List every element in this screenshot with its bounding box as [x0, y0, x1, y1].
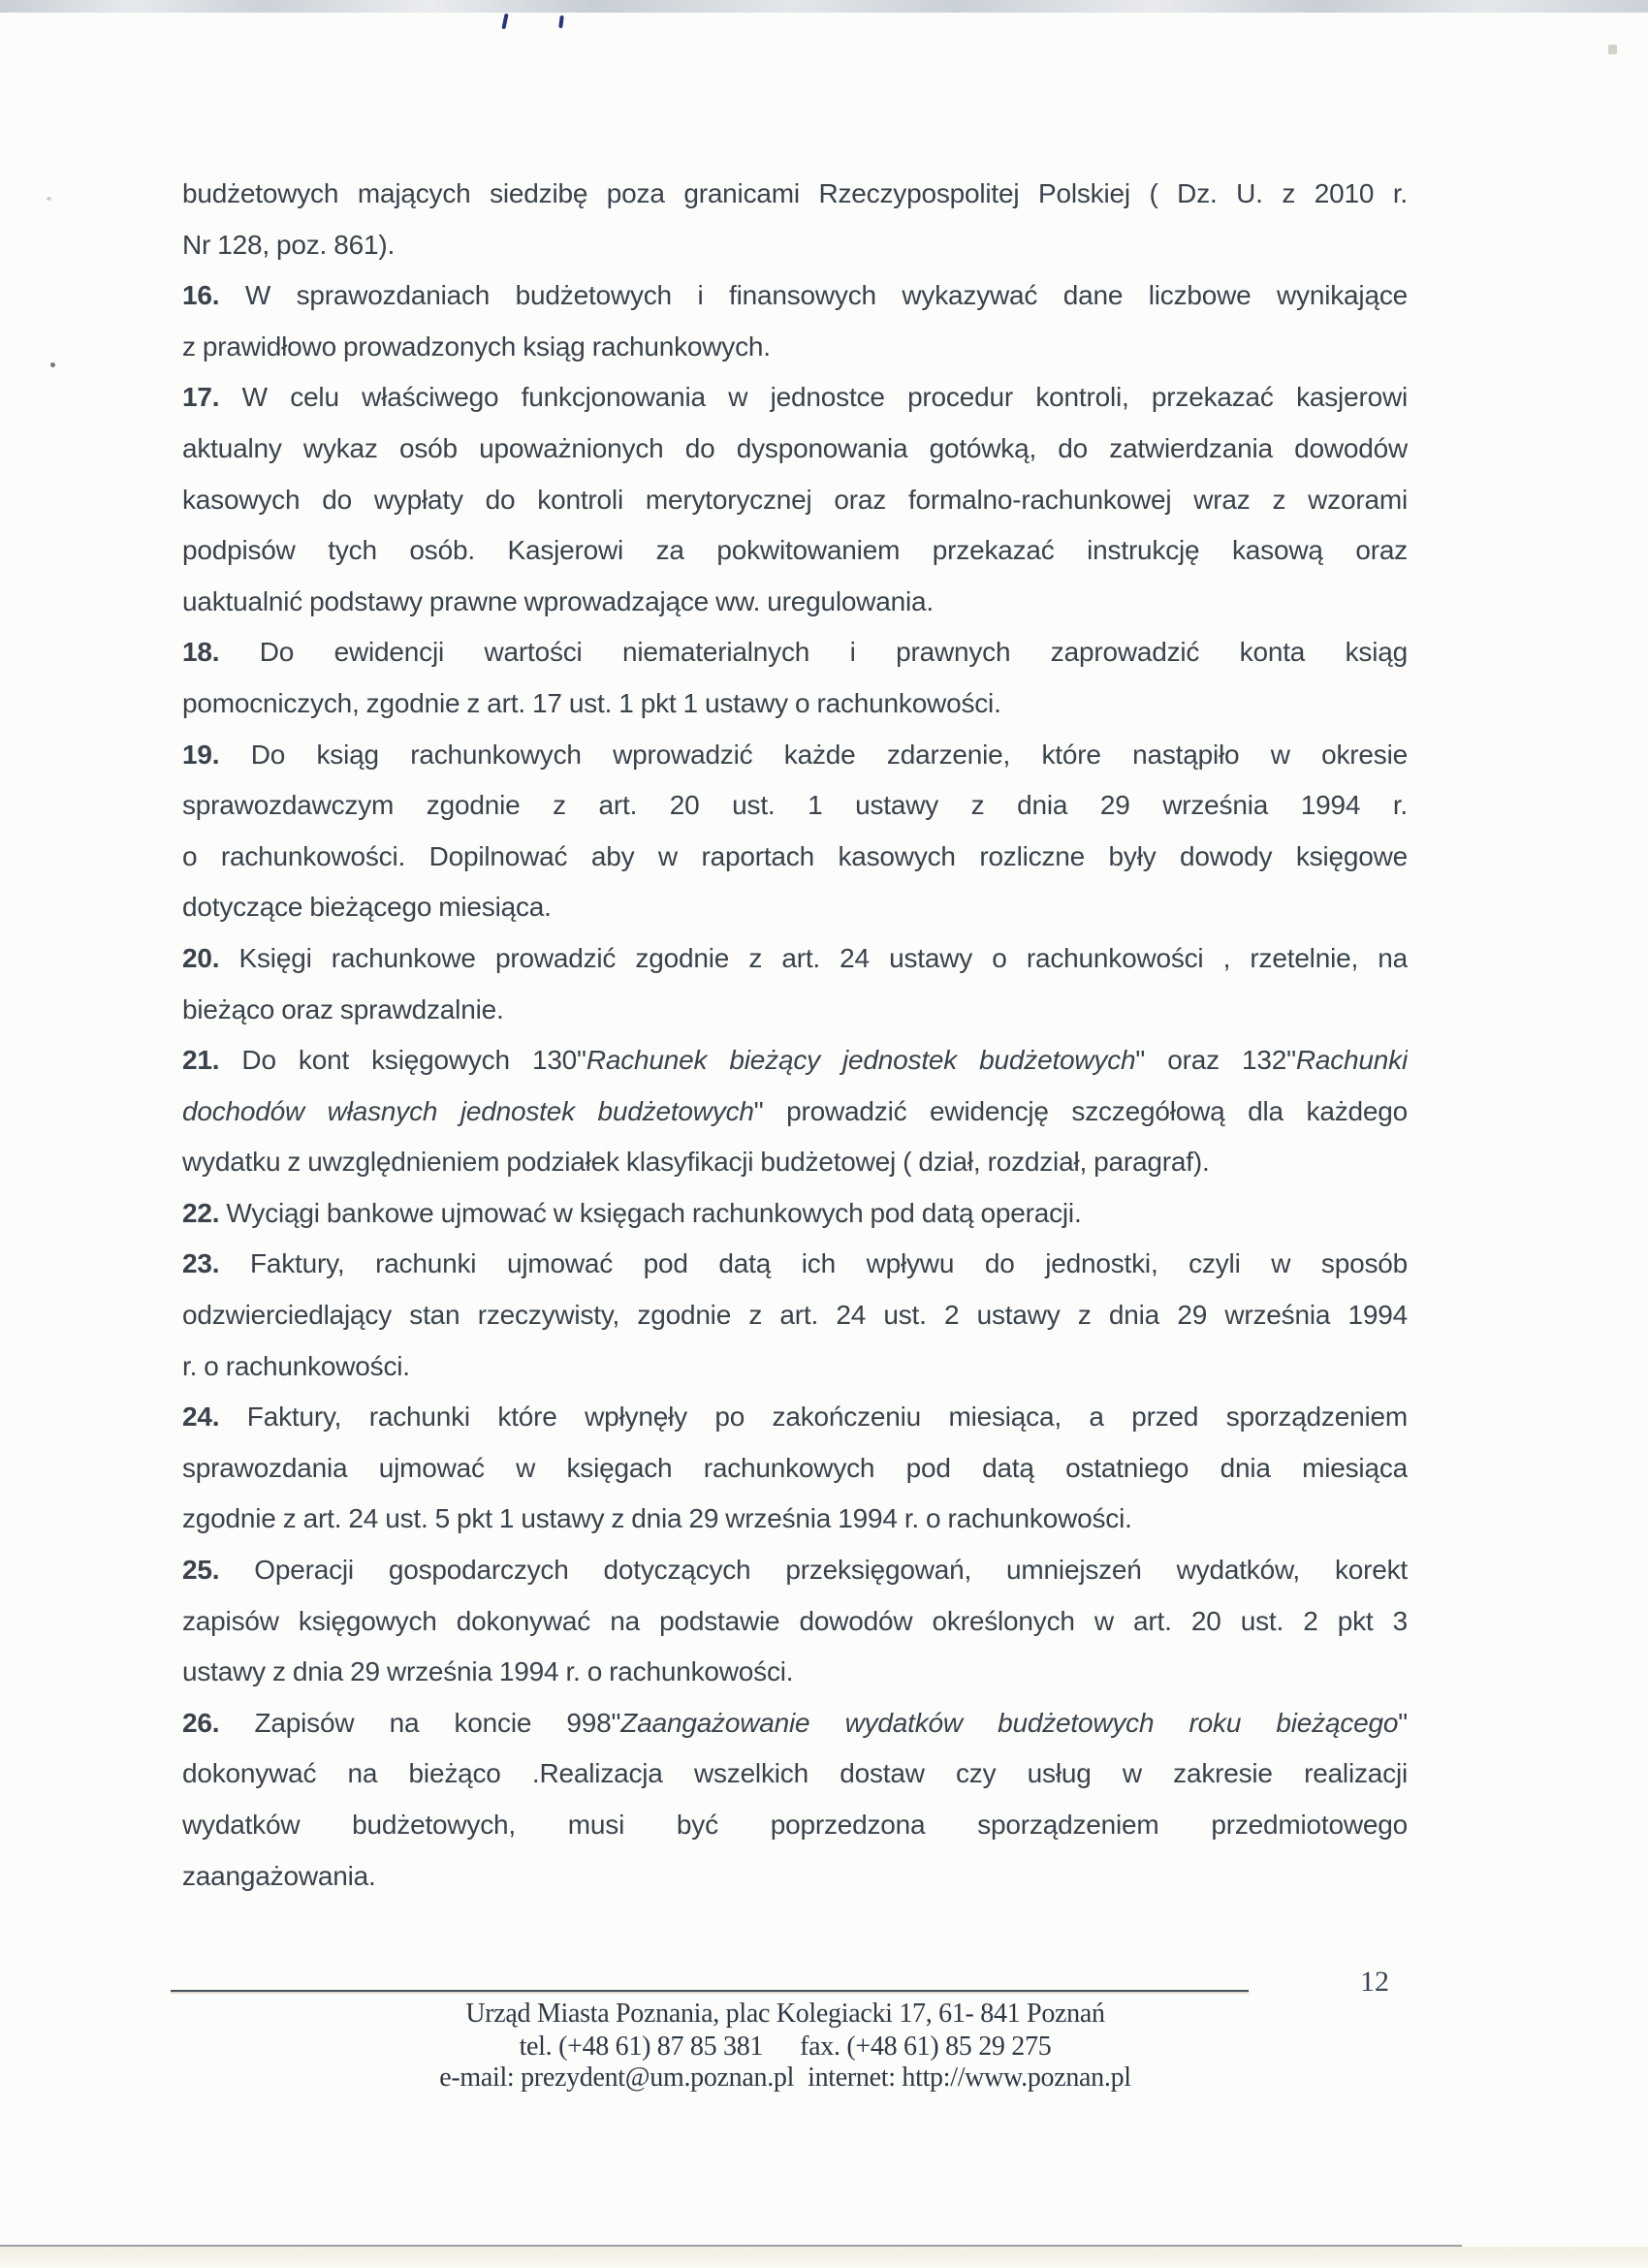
- text-line: zaangażowania.: [182, 1851, 1408, 1903]
- text-segment: o rachunkowości. Dopilnować aby w raport…: [182, 841, 1408, 871]
- item-number: 20.: [182, 943, 219, 973]
- text-segment: wydatku z uwzględnieniem podziałek klasy…: [182, 1147, 1210, 1177]
- item-number: 16.: [182, 280, 219, 310]
- text-segment: zapisów księgowych dokonywać na podstawi…: [182, 1606, 1408, 1636]
- item-number: 25.: [182, 1555, 219, 1585]
- text-segment: Faktury, rachunki ujmować pod datą ich w…: [219, 1248, 1408, 1278]
- text-line: 26. Zapisów na koncie 998"Zaangażowanie …: [182, 1698, 1408, 1749]
- text-segment: Księgi rachunkowe prowadzić zgodnie z ar…: [219, 943, 1408, 973]
- text-segment: Zapisów na koncie 998": [219, 1708, 620, 1738]
- text-line: 23. Faktury, rachunki ujmować pod datą i…: [182, 1239, 1408, 1290]
- text-line: wydatku z uwzględnieniem podziałek klasy…: [182, 1137, 1408, 1188]
- scan-speck: [50, 362, 55, 367]
- footer-tel: tel. (+48 61) 87 85 381: [520, 2032, 764, 2062]
- text-segment: zaangażowania.: [182, 1861, 376, 1891]
- item-number: 19.: [182, 740, 219, 770]
- text-segment: zgodnie z art. 24 ust. 5 pkt 1 ustawy z …: [182, 1503, 1132, 1533]
- text-segment: budżetowych mających siedzibę poza grani…: [182, 178, 1408, 208]
- text-line: 17. W celu właściwego funkcjonowania w j…: [182, 372, 1408, 424]
- text-segment: kasowych do wypłaty do kontroli merytory…: [182, 485, 1408, 515]
- item-number: 18.: [182, 637, 219, 667]
- item-number: 23.: [182, 1248, 219, 1278]
- account-name-italic: dochodów własnych jednostek budżetowych: [182, 1096, 754, 1126]
- text-segment: dotyczące bieżącego miesiąca.: [182, 892, 552, 922]
- page-number: 12: [1360, 1966, 1389, 1999]
- text-segment: bieżąco oraz sprawdzalnie.: [182, 994, 504, 1024]
- footer-divider: [171, 1990, 1249, 1992]
- text-line: 21. Do kont księgowych 130"Rachunek bież…: [182, 1035, 1408, 1087]
- text-line: Nr 128, poz. 861).: [182, 220, 1408, 271]
- footer-fax: fax. (+48 61) 85 29 275: [800, 2032, 1051, 2062]
- text-line: 25. Operacji gospodarczych dotyczących p…: [182, 1545, 1408, 1596]
- item-number: 22.: [182, 1198, 219, 1228]
- text-line: 16. W sprawozdaniach budżetowych i finan…: [182, 270, 1408, 322]
- scan-speck: [1608, 45, 1617, 54]
- document-lines: budżetowych mających siedzibę poza grani…: [182, 169, 1408, 1902]
- text-line: dotyczące bieżącego miesiąca.: [182, 882, 1408, 933]
- text-segment: Do ewidencji wartości niematerialnych i …: [219, 637, 1408, 667]
- footer-email: e-mail: prezydent@um.poznan.pl: [439, 2063, 794, 2093]
- item-number: 26.: [182, 1708, 219, 1738]
- text-segment: W sprawozdaniach budżetowych i finansowy…: [219, 280, 1408, 310]
- text-segment: ": [1398, 1708, 1408, 1738]
- footer: Urząd Miasta Poznania, plac Kolegiacki 1…: [171, 1997, 1400, 2094]
- text-line: sprawozdania ujmować w księgach rachunko…: [182, 1443, 1408, 1495]
- text-line: dochodów własnych jednostek budżetowych"…: [182, 1087, 1408, 1138]
- scan-artifact-top-edge: [0, 0, 1648, 13]
- scan-artifact-bottom-band: [0, 2247, 1648, 2268]
- account-name-italic: Rachunki: [1296, 1045, 1408, 1075]
- pen-tick-mark: [501, 14, 508, 29]
- text-line: sprawozdawczym zgodnie z art. 20 ust. 1 …: [182, 780, 1408, 832]
- text-segment: Do ksiąg rachunkowych wprowadzić każde z…: [219, 740, 1408, 770]
- text-segment: Operacji gospodarczych dotyczących przek…: [219, 1555, 1408, 1585]
- text-segment: Faktury, rachunki które wpłynęły po zako…: [219, 1402, 1408, 1432]
- text-line: dokonywać na bieżąco .Realizacja wszelki…: [182, 1748, 1408, 1800]
- text-segment: sprawozdawczym zgodnie z art. 20 ust. 1 …: [182, 790, 1408, 820]
- text-line: pomocniczych, zgodnie z art. 17 ust. 1 p…: [182, 678, 1408, 730]
- text-line: z prawidłowo prowadzonych ksiąg rachunko…: [182, 322, 1408, 373]
- text-line: 19. Do ksiąg rachunkowych wprowadzić każ…: [182, 730, 1408, 781]
- item-number: 17.: [182, 382, 219, 412]
- document-page: budżetowych mających siedzibę poza grani…: [0, 0, 1648, 2268]
- text-line: kasowych do wypłaty do kontroli merytory…: [182, 475, 1408, 526]
- footer-phone-fax: tel. (+48 61) 87 85 381fax. (+48 61) 85 …: [171, 2032, 1400, 2063]
- text-segment: odzwierciedlający stan rzeczywisty, zgod…: [182, 1300, 1408, 1330]
- text-segment: podpisów tych osób. Kasjerowi za pokwito…: [182, 535, 1408, 565]
- text-line: 22. Wyciągi bankowe ujmować w księgach r…: [182, 1188, 1408, 1240]
- item-number: 24.: [182, 1402, 219, 1432]
- text-segment: Nr 128, poz. 861).: [182, 230, 395, 260]
- text-line: ustawy z dnia 29 września 1994 r. o rach…: [182, 1647, 1408, 1698]
- account-name-italic: Zaangażowanie wydatków budżetowych roku …: [620, 1708, 1398, 1738]
- text-segment: ustawy z dnia 29 września 1994 r. o rach…: [182, 1656, 793, 1686]
- text-segment: " prowadzić ewidencję szczegółową dla ka…: [754, 1096, 1408, 1126]
- item-number: 21.: [182, 1045, 219, 1075]
- account-name-italic: Rachunek bieżący jednostek budżetowych: [586, 1045, 1136, 1075]
- text-segment: pomocniczych, zgodnie z art. 17 ust. 1 p…: [182, 688, 1001, 718]
- text-segment: dokonywać na bieżąco .Realizacja wszelki…: [182, 1758, 1408, 1788]
- text-segment: wydatków budżetowych, musi być poprzedzo…: [182, 1810, 1408, 1840]
- text-line: aktualny wykaz osób upoważnionych do dys…: [182, 424, 1408, 475]
- text-segment: aktualny wykaz osób upoważnionych do dys…: [182, 433, 1408, 463]
- text-segment: r. o rachunkowości.: [182, 1351, 410, 1381]
- scan-speck: [47, 197, 51, 201]
- text-line: bieżąco oraz sprawdzalnie.: [182, 985, 1408, 1036]
- text-line: uaktualnić podstawy prawne wprowadzające…: [182, 577, 1408, 628]
- footer-internet: internet: http://www.poznan.pl: [808, 2063, 1131, 2093]
- text-segment: Wyciągi bankowe ujmować w księgach rachu…: [219, 1198, 1081, 1228]
- text-line: podpisów tych osób. Kasjerowi za pokwito…: [182, 525, 1408, 577]
- text-line: r. o rachunkowości.: [182, 1341, 1408, 1393]
- text-line: o rachunkowości. Dopilnować aby w raport…: [182, 832, 1408, 883]
- text-line: 18. Do ewidencji wartości niematerialnyc…: [182, 627, 1408, 678]
- text-line: zapisów księgowych dokonywać na podstawi…: [182, 1596, 1408, 1648]
- footer-address: Urząd Miasta Poznania, plac Kolegiacki 1…: [171, 1997, 1400, 2032]
- text-segment: " oraz 132": [1135, 1045, 1295, 1075]
- text-segment: Do kont księgowych 130": [219, 1045, 586, 1075]
- text-line: 20. Księgi rachunkowe prowadzić zgodnie …: [182, 933, 1408, 985]
- text-line: odzwierciedlający stan rzeczywisty, zgod…: [182, 1290, 1408, 1341]
- text-segment: uaktualnić podstawy prawne wprowadzające…: [182, 586, 934, 616]
- text-line: zgodnie z art. 24 ust. 5 pkt 1 ustawy z …: [182, 1494, 1408, 1545]
- footer-email-web: e-mail: prezydent@um.poznan.plinternet: …: [171, 2063, 1400, 2094]
- text-segment: sprawozdania ujmować w księgach rachunko…: [182, 1453, 1408, 1483]
- pen-tick-mark: [558, 16, 564, 28]
- text-segment: W celu właściwego funkcjonowania w jedno…: [219, 382, 1408, 412]
- text-line: budżetowych mających siedzibę poza grani…: [182, 169, 1408, 220]
- text-line: 24. Faktury, rachunki które wpłynęły po …: [182, 1392, 1408, 1443]
- text-segment: z prawidłowo prowadzonych ksiąg rachunko…: [182, 331, 771, 362]
- text-line: wydatków budżetowych, musi być poprzedzo…: [182, 1800, 1408, 1851]
